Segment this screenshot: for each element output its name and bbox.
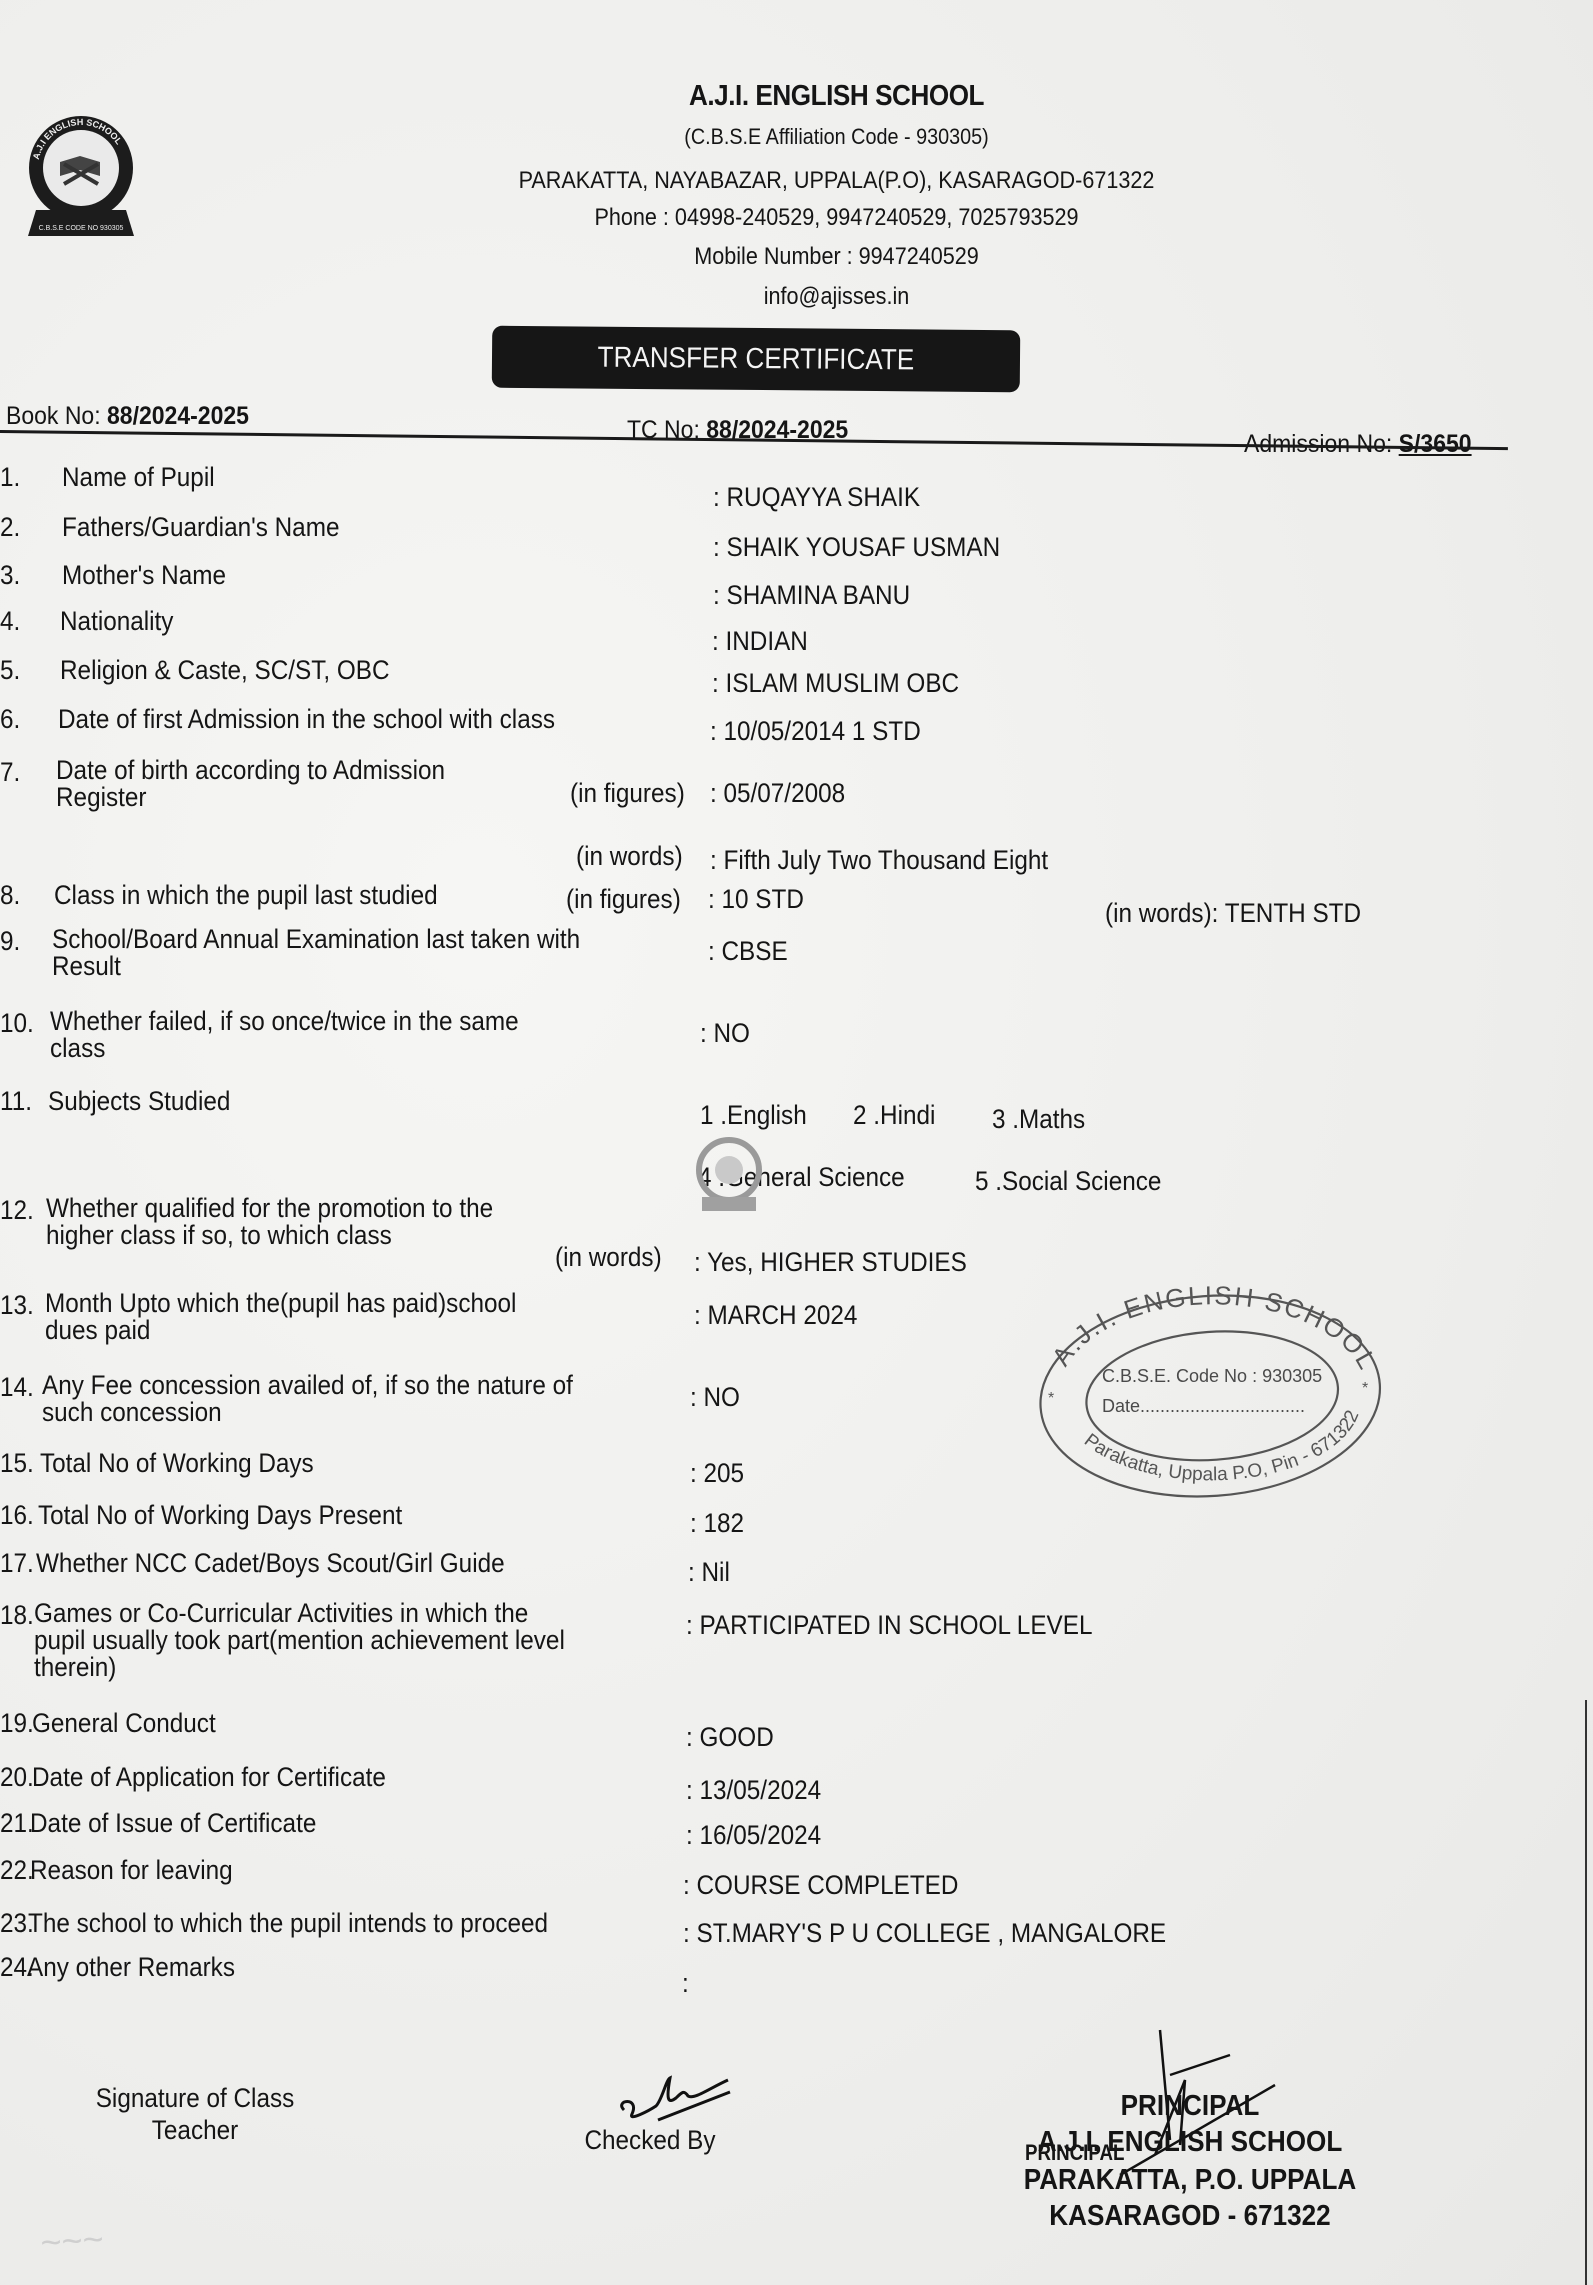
field-label: Fathers/Guardian's Name	[62, 512, 339, 543]
field-label: Date of Application for Certificate	[32, 1762, 386, 1793]
svg-text:C.B.S.E. Code No : 930305: C.B.S.E. Code No : 930305	[1102, 1366, 1322, 1386]
principal-address-line1: PARAKATTA, P.O. UPPALA	[1019, 2162, 1361, 2198]
field-label: Nationality	[60, 606, 173, 637]
school-mobile: Mobile Number : 9947240529	[120, 243, 1554, 271]
field-value: : COURSE COMPLETED	[683, 1870, 958, 1901]
faint-handwriting: ~~~	[39, 2218, 105, 2264]
book-number-label: Book No:	[6, 402, 107, 430]
field-label: The school to which the pupil intends to…	[28, 1908, 548, 1939]
field-label: Any other Remarks	[27, 1952, 235, 1983]
field-value: : Yes, HIGHER STUDIES	[694, 1247, 967, 1278]
field-number: 4.	[0, 606, 20, 637]
field-value: : 205	[690, 1458, 744, 1489]
school-seal-stamp-icon: A.J.I. ENGLISH SCHOOL Parakatta, Uppala …	[1030, 1278, 1390, 1508]
field-value: :	[682, 1968, 689, 1999]
field-number: 10.	[0, 1008, 34, 1039]
svg-text:C.B.S.E CODE NO 930305: C.B.S.E CODE NO 930305	[39, 225, 124, 232]
field-number: 17.	[0, 1548, 34, 1579]
field-label: Subjects Studied	[48, 1086, 230, 1117]
svg-text:*: *	[1362, 1380, 1368, 1397]
field-label: School/Board Annual Examination last tak…	[52, 926, 628, 980]
field-number: 18.	[0, 1600, 34, 1631]
principal-title: PRINCIPAL	[1019, 2088, 1361, 2124]
field-value: : SHAIK YOUSAF USMAN	[713, 532, 1000, 563]
field-label: Month Upto which the(pupil has paid)scho…	[45, 1290, 549, 1344]
school-name: A.J.I. ENGLISH SCHOOL	[120, 80, 1554, 113]
field-qualifier: (in figures)	[566, 884, 681, 915]
subject-item: 1 .English	[700, 1100, 807, 1131]
field-number: 2.	[0, 512, 20, 543]
field-value: : CBSE	[708, 936, 788, 967]
field-label: Date of birth according to Admission Reg…	[56, 757, 479, 811]
field-value: : GOOD	[686, 1722, 774, 1753]
field-qualifier: (in figures)	[570, 778, 685, 809]
field-number: 5.	[0, 655, 20, 686]
book-number: Book No: 88/2024-2025	[6, 402, 249, 431]
field-number: 1.	[0, 462, 20, 493]
certificate-title: TRANSFER CERTIFICATE	[598, 341, 915, 377]
svg-text:Date..........................: Date.................................	[1102, 1396, 1305, 1416]
field-extra-value: (in words): TENTH STD	[1105, 898, 1361, 929]
field-number: 16.	[0, 1500, 34, 1531]
field-label: Any Fee concession availed of, if so the…	[42, 1372, 582, 1426]
field-value: : Fifth July Two Thousand Eight	[710, 845, 1048, 876]
field-value: : RUQAYYA SHAIK	[713, 482, 920, 513]
field-qualifier: (in words)	[555, 1242, 662, 1273]
field-number: 13.	[0, 1290, 34, 1321]
field-value: : Nil	[688, 1557, 730, 1588]
field-label: Date of first Admission in the school wi…	[58, 704, 555, 735]
field-value: : ISLAM MUSLIM OBC	[712, 668, 959, 699]
school-phone: Phone : 04998-240529, 9947240529, 702579…	[120, 204, 1554, 232]
field-value: : NO	[700, 1018, 750, 1049]
field-number: 7.	[0, 757, 20, 788]
field-label: Games or Co-Curricular Activities in whi…	[34, 1600, 565, 1681]
field-number: 11.	[0, 1086, 32, 1117]
principal-address-line2: KASARAGOD - 671322	[1019, 2198, 1361, 2234]
field-label: Whether qualified for the promotion to t…	[46, 1195, 532, 1249]
field-label: Whether NCC Cadet/Boys Scout/Girl Guide	[36, 1548, 505, 1579]
field-number: 12.	[0, 1195, 34, 1226]
certificate-title-banner: TRANSFER CERTIFICATE	[492, 326, 1021, 393]
field-number: 14.	[0, 1372, 34, 1403]
field-value: : ST.MARY'S P U COLLEGE , MANGALORE	[683, 1918, 1166, 1949]
subject-item: 3 .Maths	[992, 1104, 1085, 1135]
field-number: 22.	[0, 1855, 34, 1886]
subject-item: 2 .Hindi	[853, 1100, 935, 1131]
field-qualifier: (in words)	[576, 841, 683, 872]
faint-seal-icon	[694, 1135, 764, 1215]
checked-by-label: Checked By	[569, 2125, 731, 2156]
field-label: General Conduct	[32, 1708, 216, 1739]
field-label: Total No of Working Days	[40, 1448, 314, 1479]
field-value: : 05/07/2008	[710, 778, 845, 809]
svg-text:*: *	[1048, 1390, 1054, 1407]
field-number: 8.	[0, 880, 20, 911]
field-value: : PARTICIPATED IN SCHOOL LEVEL	[686, 1610, 1092, 1641]
field-number: 19.	[0, 1708, 34, 1739]
field-number: 21.	[0, 1808, 34, 1839]
field-value: : 16/05/2024	[686, 1820, 821, 1851]
field-label: Date of Issue of Certificate	[30, 1808, 316, 1839]
field-number: 15.	[0, 1448, 34, 1479]
checker-signature-icon	[610, 2070, 740, 2130]
field-value: : 13/05/2024	[686, 1775, 821, 1806]
field-value: : MARCH 2024	[694, 1300, 857, 1331]
field-value: : 10 STD	[708, 884, 804, 915]
school-address: PARAKATTA, NAYABAZAR, UPPALA(P.O), KASAR…	[120, 167, 1554, 195]
book-number-value: 88/2024-2025	[107, 402, 249, 430]
field-value: : NO	[690, 1382, 740, 1413]
subject-item: 5 .Social Science	[975, 1166, 1161, 1197]
school-email: info@ajisses.in	[120, 283, 1554, 311]
field-value: : SHAMINA BANU	[713, 580, 910, 611]
affiliation-code: (C.B.S.E Affiliation Code - 930305)	[120, 124, 1554, 150]
field-label: Whether failed, if so once/twice in the …	[50, 1008, 554, 1062]
field-value: : 182	[690, 1508, 744, 1539]
class-teacher-signature-label: Signature of Class Teacher	[92, 2082, 299, 2146]
field-label: Mother's Name	[62, 560, 226, 591]
field-label: Religion & Caste, SC/ST, OBC	[60, 655, 390, 686]
field-number: 20.	[0, 1762, 34, 1793]
field-value: : INDIAN	[712, 626, 808, 657]
field-label: Class in which the pupil last studied	[54, 880, 438, 911]
field-number: 6.	[0, 704, 20, 735]
field-label: Name of Pupil	[62, 462, 215, 493]
field-value: : 10/05/2014 1 STD	[710, 716, 921, 747]
svg-text:A.J.I. ENGLISH SCHOOL: A.J.I. ENGLISH SCHOOL	[1046, 1280, 1384, 1375]
field-number: 9.	[0, 926, 20, 957]
admission-number-value: S/3650	[1399, 430, 1472, 458]
page-edge	[1585, 1700, 1587, 2285]
field-number: 3.	[0, 560, 20, 591]
field-label: Reason for leaving	[30, 1855, 233, 1886]
field-label: Total No of Working Days Present	[38, 1500, 402, 1531]
